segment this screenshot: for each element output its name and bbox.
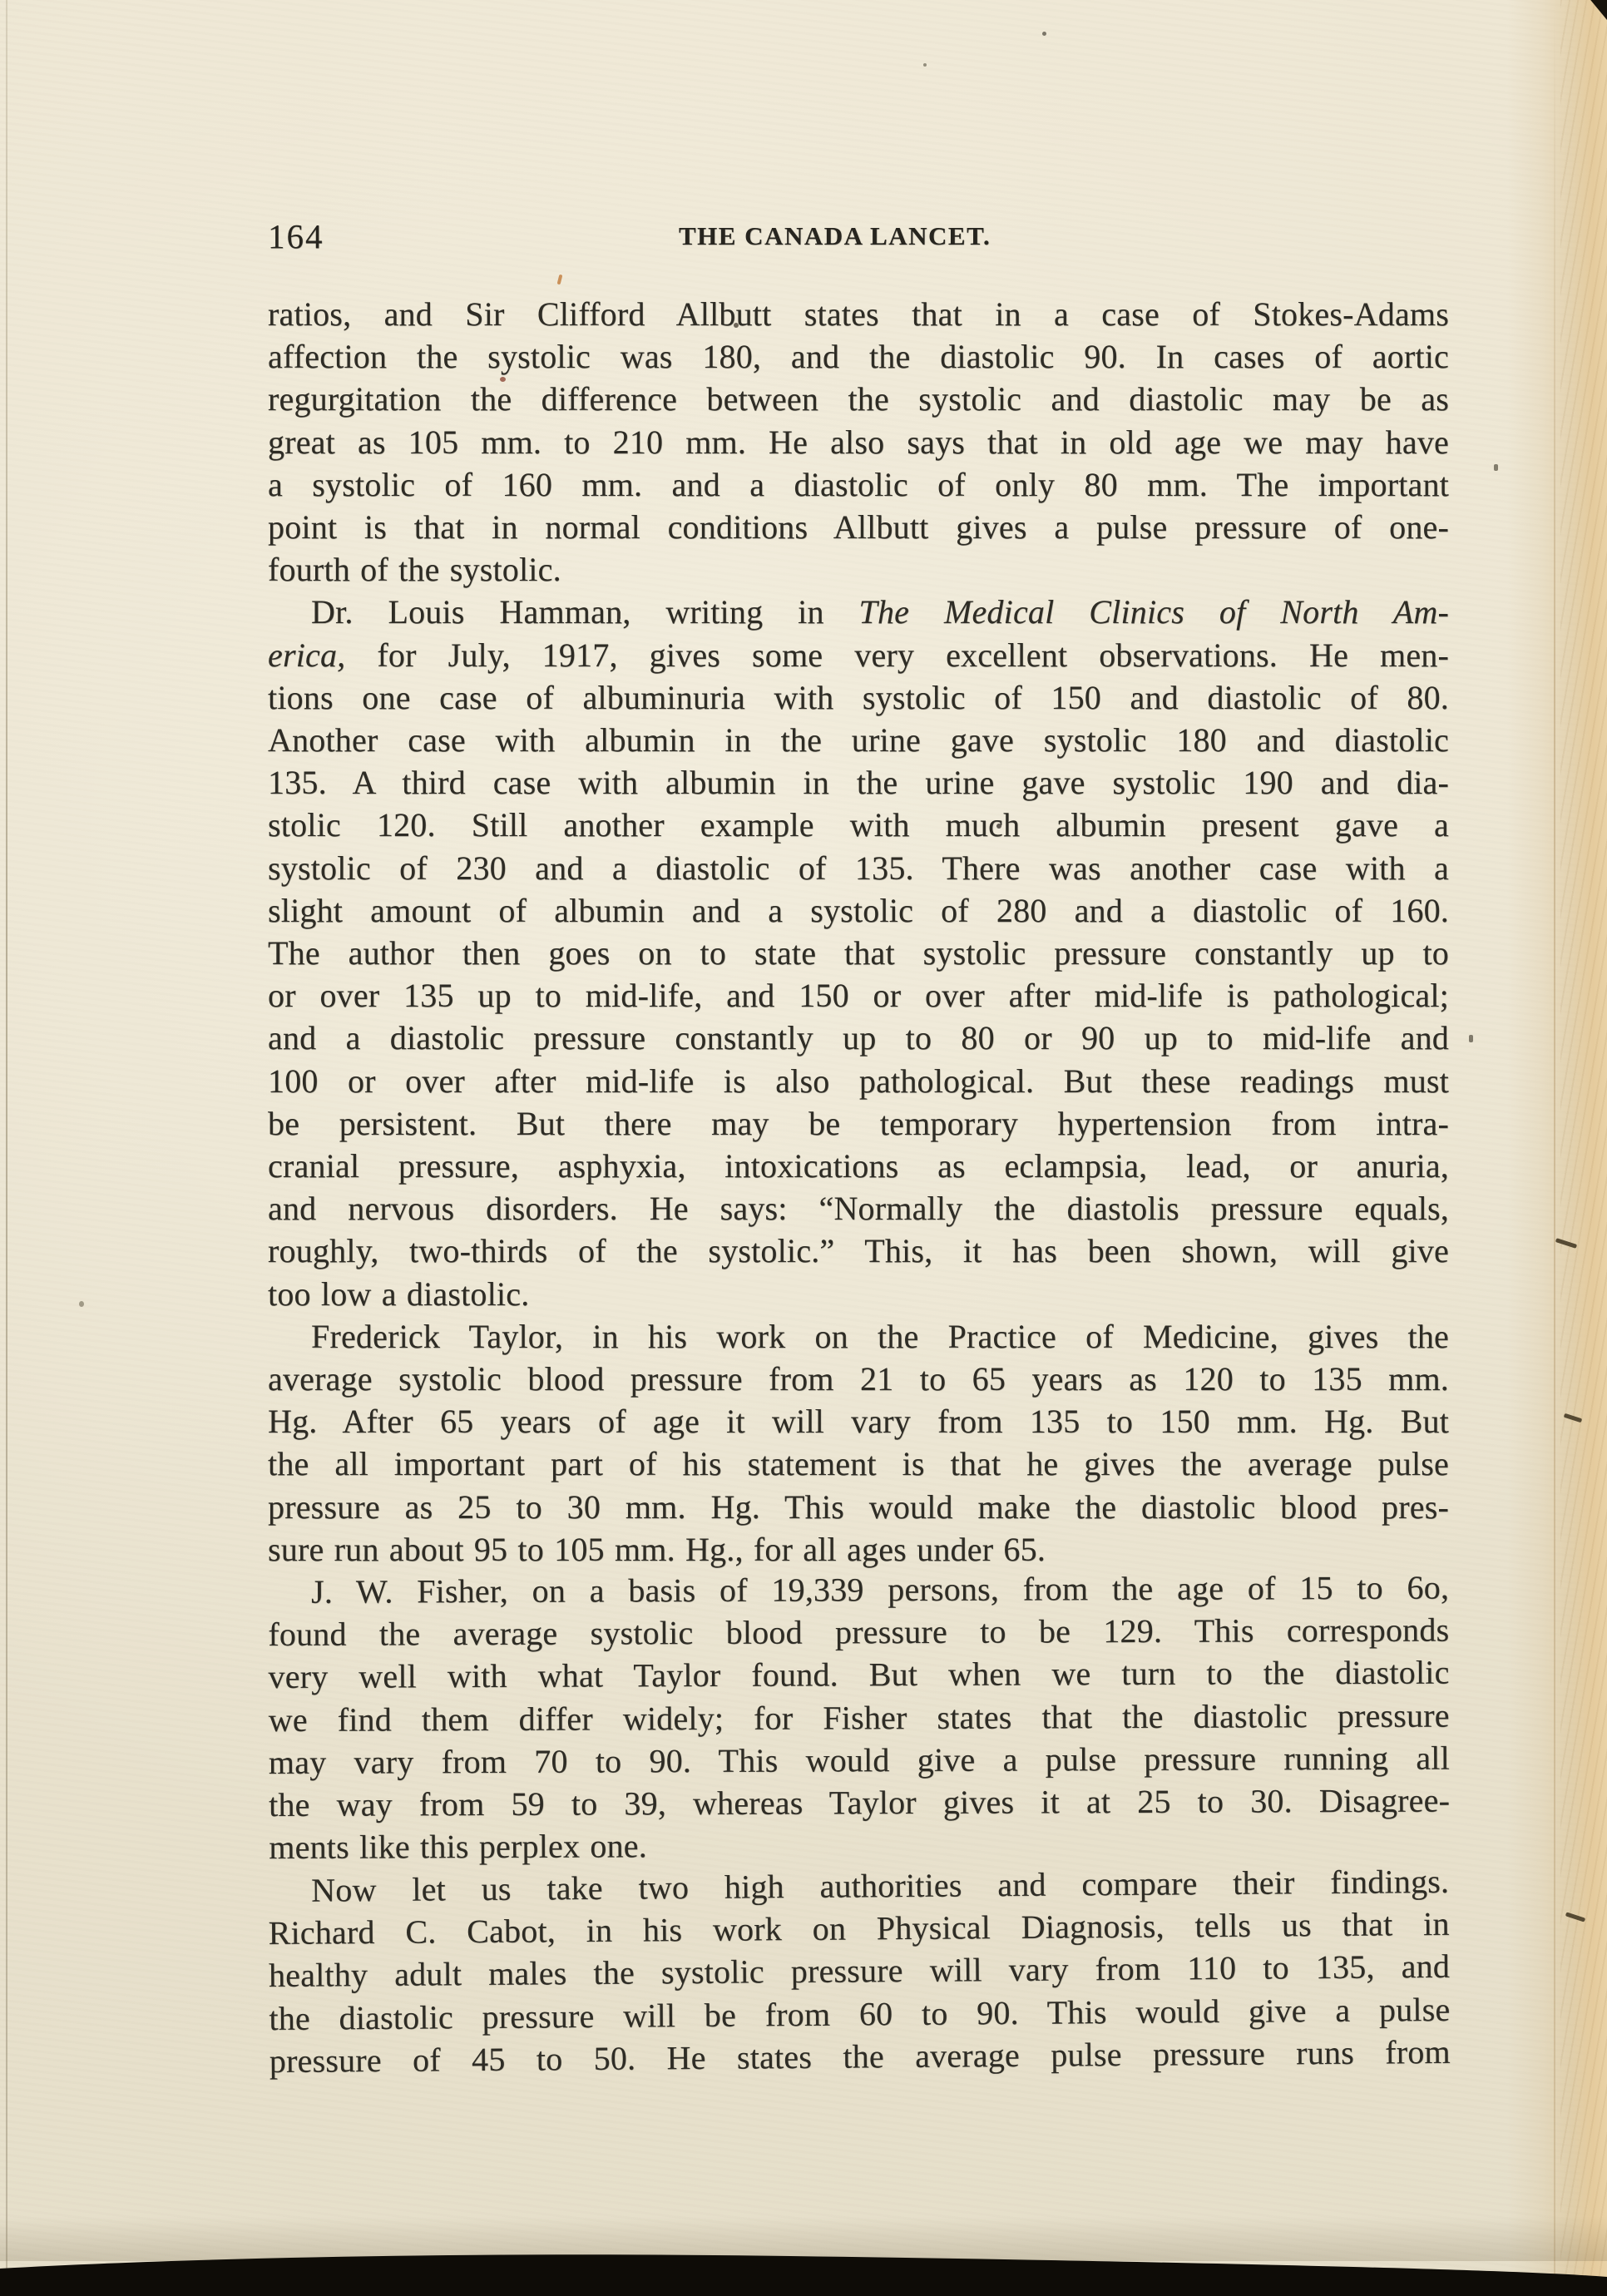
text-line: and a diastolic pressure constantly up t… (268, 1017, 1449, 1059)
book-page-edge-stack (1507, 0, 1607, 2296)
text-line: roughly, two-thirds of the systolic.” Th… (268, 1230, 1449, 1272)
text-line: average systolic blood pressure from 21 … (268, 1358, 1449, 1400)
page-left-crease (6, 0, 7, 2296)
text-line: very well with what Taylor found. But wh… (268, 1651, 1449, 1699)
text-line: J. W. Fisher, on a basis of 19,339 perso… (268, 1566, 1449, 1614)
scan-background-bottom (0, 2246, 1607, 2296)
ink-speck (500, 377, 506, 382)
text-line: systolic of 230 and a diastolic of 135. … (268, 847, 1449, 889)
text-line: point is that in normal conditions Allbu… (268, 506, 1449, 548)
text-line: too low a diastolic. (268, 1273, 1449, 1315)
ink-speck (734, 323, 739, 328)
text-line: Hg. After 65 years of age it will vary f… (268, 1400, 1449, 1442)
text-line: regurgitation the difference between the… (268, 378, 1449, 420)
text-line: pressure as 25 to 30 mm. Hg. This would … (268, 1486, 1449, 1528)
ink-speck (996, 824, 1001, 829)
scanned-book-page: 164 THE CANADA LANCET. ratios, and Sir C… (0, 0, 1607, 2296)
text-line: the way from 59 to 39, whereas Taylor gi… (269, 1779, 1450, 1827)
text-line: slight amount of albumin and a systolic … (268, 889, 1449, 932)
text-line: erica, for July, 1917, gives some very e… (268, 634, 1449, 676)
text-line: stolic 120. Still another example with m… (268, 804, 1449, 846)
paragraph: Dr. Louis Hamman, writing in The Medical… (268, 591, 1449, 1314)
text-line: sure run about 95 to 105 mm. Hg., for al… (268, 1528, 1449, 1571)
paragraph: Frederick Taylor, in his work on the Pra… (268, 1315, 1449, 1571)
ink-speck (923, 63, 927, 67)
text-line: Frederick Taylor, in his work on the Pra… (268, 1315, 1449, 1358)
ink-speck (617, 611, 621, 620)
journal-title: THE CANADA LANCET. (268, 221, 1402, 251)
text-line: cranial pressure, asphyxia, intoxication… (268, 1145, 1449, 1187)
page-edge-crease (1554, 0, 1555, 2296)
page-header: 164 THE CANADA LANCET. (268, 215, 1449, 256)
paragraph: J. W. Fisher, on a basis of 19,339 perso… (268, 1566, 1450, 1869)
text-line: a systolic of 160 mm. and a diastolic of… (268, 463, 1449, 506)
text-line: Dr. Louis Hamman, writing in The Medical… (268, 591, 1449, 633)
text-line: or over 135 up to mid-life, and 150 or o… (268, 974, 1449, 1017)
text-line: Another case with albumin in the urine g… (268, 719, 1449, 761)
text-line: 100 or over after mid-life is also patho… (268, 1060, 1449, 1102)
paragraph: ratios, and Sir Clifford Allbutt states … (268, 293, 1449, 591)
text-line: pressure of 45 to 50. He states the aver… (269, 2030, 1451, 2081)
ink-speck (1042, 32, 1046, 36)
text-line: affection the systolic was 180, and the … (268, 335, 1449, 378)
text-line: 135. A third case with albumin in the ur… (268, 761, 1449, 804)
body-text: ratios, and Sir Clifford Allbutt states … (268, 293, 1449, 2082)
text-line: The author then goes on to state that sy… (268, 932, 1449, 974)
ink-speck (79, 1301, 84, 1307)
ink-speck (1469, 1035, 1473, 1042)
text-line: the all important part of his statement … (268, 1442, 1449, 1485)
text-line: great as 105 mm. to 210 mm. He also says… (268, 421, 1449, 463)
ink-speck (1494, 464, 1498, 471)
text-line: be persistent. But there may be temporar… (268, 1102, 1449, 1145)
text-line: we find them differ widely; for Fisher s… (269, 1694, 1450, 1741)
text-line: may vary from 70 to 90. This would give … (269, 1736, 1450, 1784)
text-line: found the average systolic blood pressur… (268, 1609, 1449, 1656)
paragraph: Now let us take two high authorities and… (268, 1859, 1451, 2081)
text-line: tions one case of albuminuria with systo… (268, 676, 1449, 719)
text-line: ratios, and Sir Clifford Allbutt states … (268, 293, 1449, 335)
text-line: fourth of the systolic. (268, 548, 1449, 591)
text-line: and nervous disorders. He says: “Normall… (268, 1187, 1449, 1230)
